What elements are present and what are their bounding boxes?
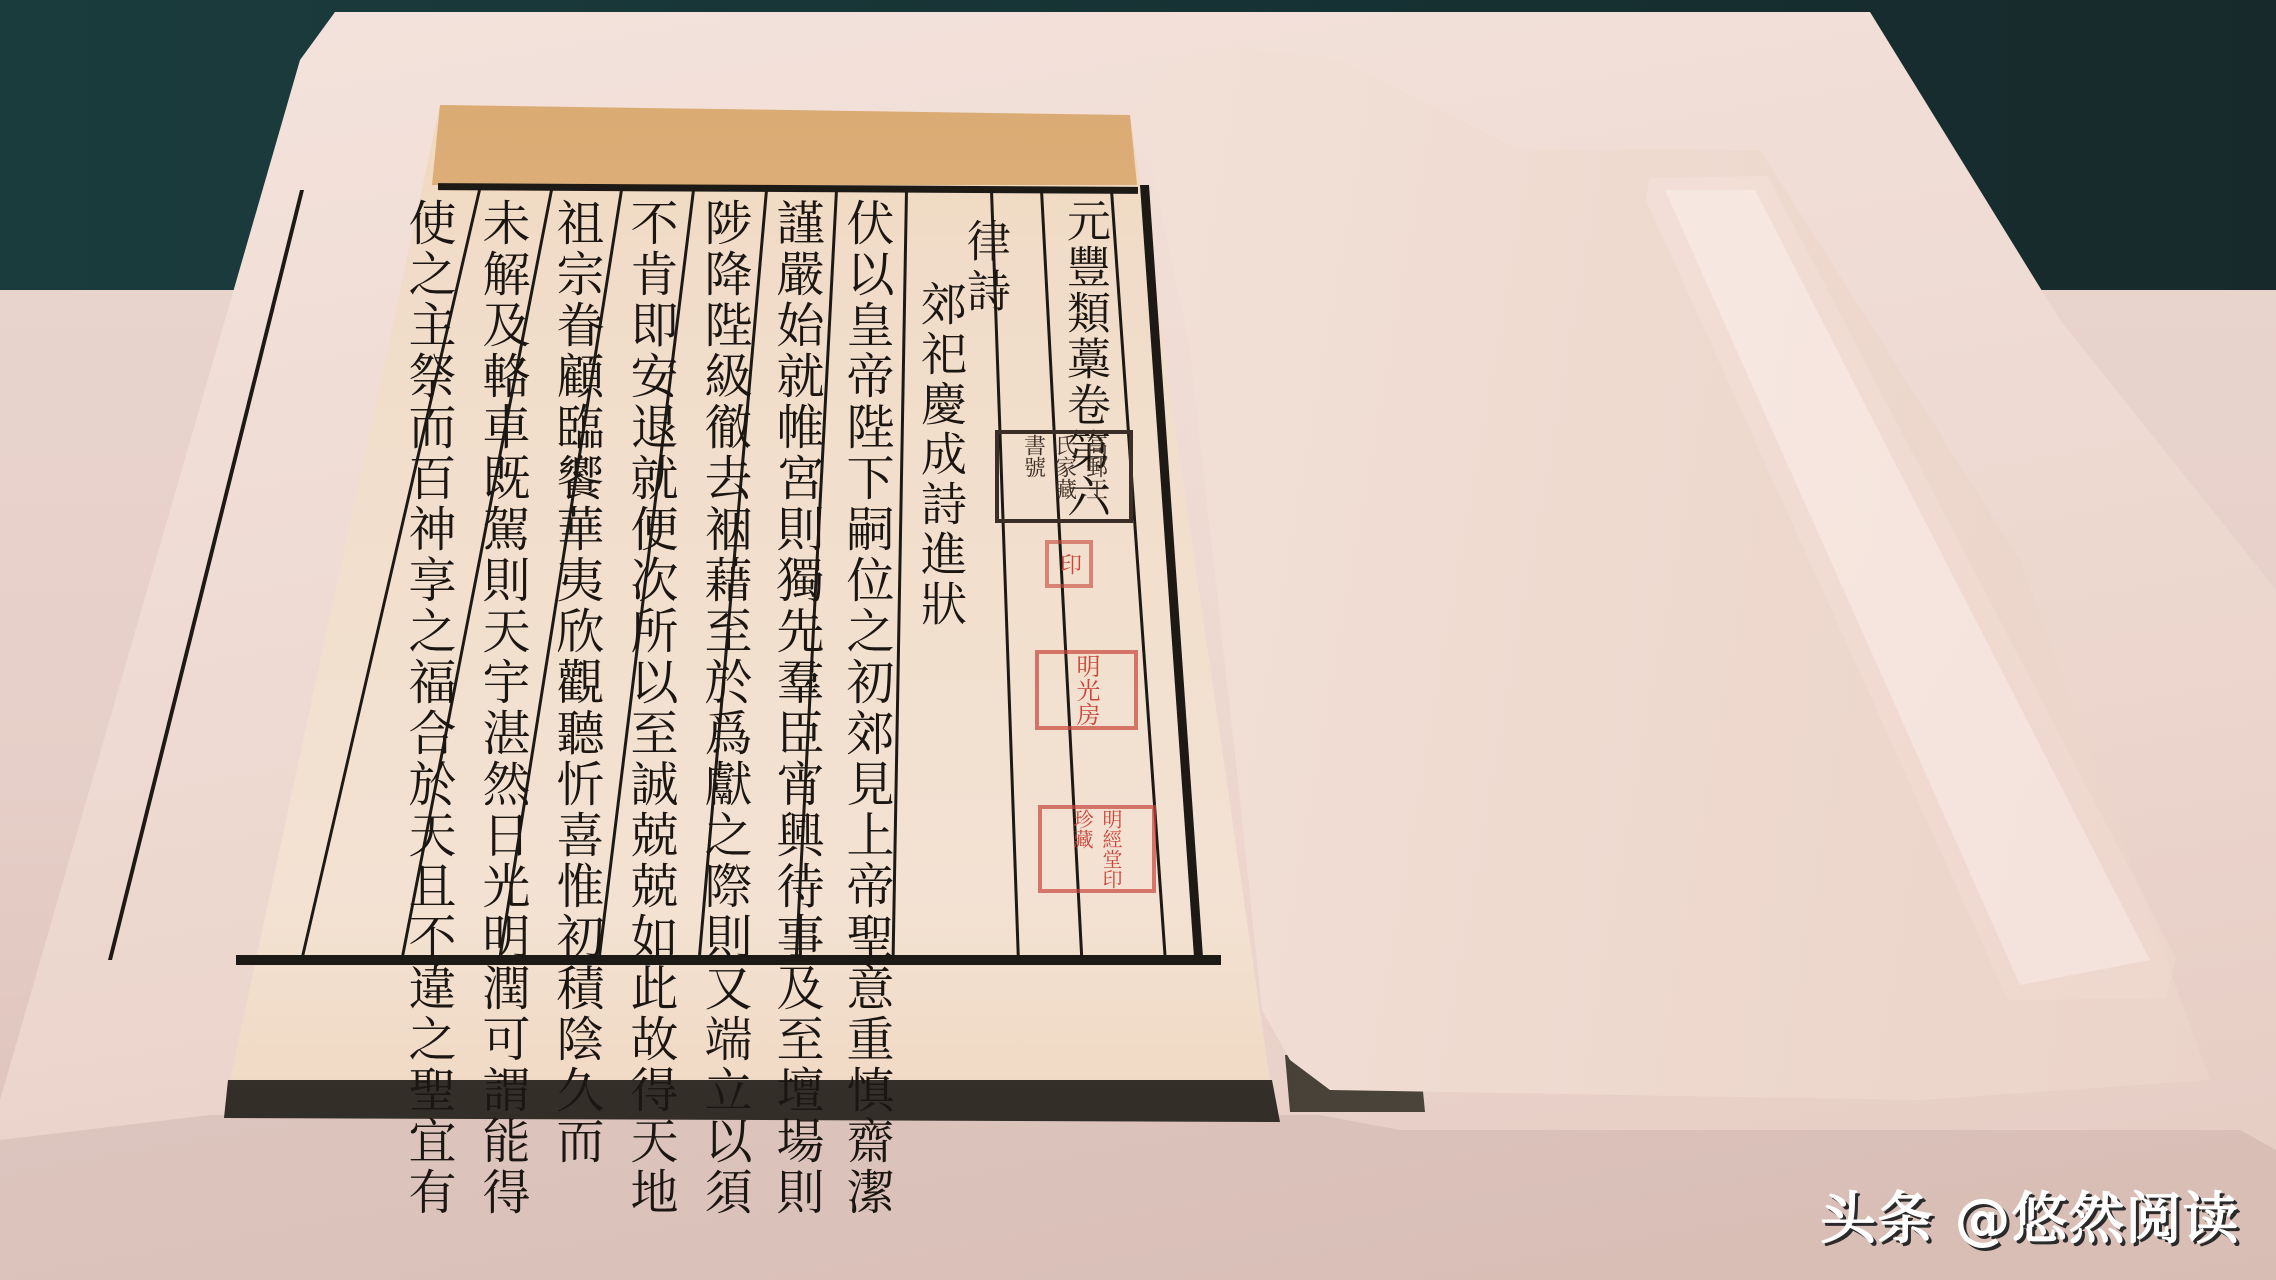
- watermark: 头条 @悠然阅读: [1820, 1175, 2240, 1255]
- seal-text: 明經堂印珍藏: [1068, 809, 1126, 889]
- seal-text: 印: [1054, 553, 1085, 575]
- text-column-2: 謹嚴始就帷宮則獨先羣臣宵興待事及至壇場則: [772, 198, 820, 1218]
- text-column-3: 陟降陛級徹去裀藉至於爲獻之際則又端立以須: [700, 198, 748, 1218]
- text-column-1: 伏以皇帝陛下嗣位之初郊見上帝聖意重慎齋潔: [842, 198, 890, 1218]
- seal-red-lower: 明經堂印珍藏: [1038, 805, 1156, 893]
- text-column-4: 不肯即安退就便次所以至誠兢兢如此故得天地: [626, 198, 674, 1218]
- text-column-6: 未解及輅車既駕則天宇湛然日光明潤可謂能得: [478, 198, 526, 1218]
- text-column-7: 使之主祭而百神享之福合於天且不違之聖宜有: [404, 198, 452, 1218]
- collector-seal-black: 高郵王氏家藏書號: [995, 430, 1133, 523]
- memorial-subtitle: 郊祀慶成詩進狀: [918, 280, 964, 630]
- seal-text: 明光房: [1069, 654, 1104, 726]
- section-heading: 律詩: [962, 218, 1006, 318]
- text-column-5: 祖宗眷顧臨饗華夷欣觀聽忻喜惟初積陰久而: [552, 198, 600, 1167]
- seal-text: 高郵王氏家藏書號: [1018, 434, 1111, 519]
- seal-red-middle: 明光房: [1035, 650, 1138, 730]
- seal-red-small: 印: [1045, 540, 1093, 588]
